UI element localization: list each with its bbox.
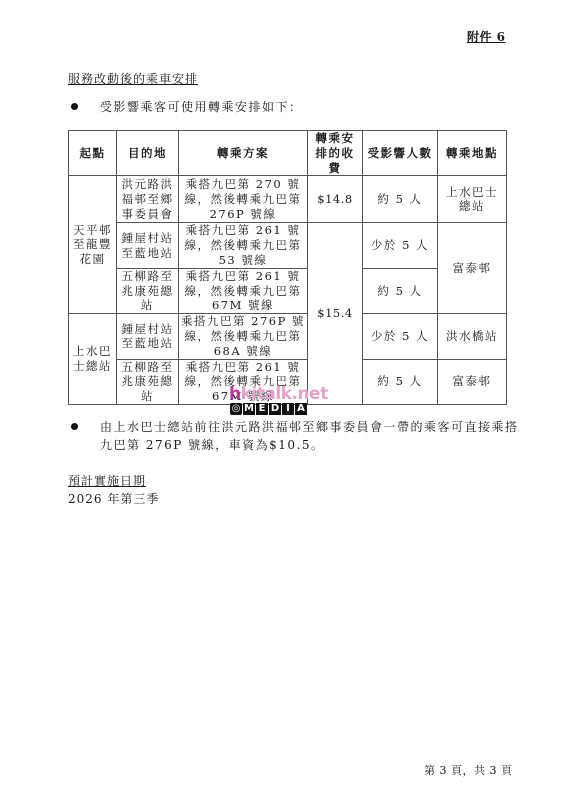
section-title: 服務改動後的乘車安排 [68, 70, 198, 87]
header-transfer-point: 轉乘地點 [438, 131, 507, 176]
plan-cell: 乘搭九巴第 261 號線，然後轉乘九巴第 67M 號線 [179, 268, 308, 313]
bullet-icon [71, 103, 78, 110]
affected-cell: 少於 5 人 [363, 314, 438, 359]
attachment-label: 附件 6 [467, 28, 506, 45]
table-row: 天平邨至龍豐花園 洪元路洪福邨至鄉事委員會 乘搭九巴第 270 號線，然後轉乘九… [69, 176, 507, 223]
page-number: 第 3 頁，共 3 頁 [424, 762, 512, 778]
transfer-point-cell: 上水巴士總站 [438, 176, 507, 223]
transfer-point-cell: 富泰邨 [438, 223, 507, 314]
destination-cell: 五柳路至兆康苑總站 [117, 268, 179, 313]
implementation-date-title: 預計實施日期 [68, 472, 146, 489]
fee-cell: $15.4 [308, 223, 363, 405]
transfer-point-cell: 洪水橋站 [438, 314, 507, 359]
implementation-date-value: 2026 年第三季 [68, 490, 159, 507]
camera-icon: ◎ [230, 403, 242, 415]
header-plan: 轉乘方案 [179, 131, 308, 176]
watermark-logo: hkitalk.net ◎ M E D I A [229, 386, 339, 418]
plan-cell: 乘搭九巴第 261 號線，然後轉乘九巴第 53 號線 [179, 223, 308, 268]
watermark-text: hkitalk.net [229, 386, 328, 403]
header-destination: 目的地 [117, 131, 179, 176]
transfer-point-cell: 富泰邨 [438, 359, 507, 404]
header-affected: 受影響人數 [363, 131, 438, 176]
origin-cell: 天平邨至龍豐花園 [69, 176, 117, 314]
header-fee: 轉乘安排的收費 [308, 131, 363, 176]
table-row: 鍾屋村站至藍地站 乘搭九巴第 261 號線，然後轉乘九巴第 53 號線 $15.… [69, 223, 507, 268]
plan-cell: 乘搭九巴第 276P 號線，然後轉乘九巴第 68A 號線 [179, 314, 308, 359]
header-origin: 起點 [69, 131, 117, 176]
destination-cell: 五柳路至兆康苑總站 [117, 359, 179, 404]
table-header-row: 起點 目的地 轉乘方案 轉乘安排的收費 受影響人數 轉乘地點 [69, 131, 507, 176]
direct-route-text: 由上水巴士總站前往洪元路洪福邨至鄉事委員會一帶的乘客可直接乘搭九巴第 276P … [100, 418, 521, 454]
affected-cell: 約 5 人 [363, 176, 438, 223]
affected-cell: 約 5 人 [363, 359, 438, 404]
watermark-media-badge: ◎ M E D I A [230, 403, 307, 415]
fee-cell: $14.8 [308, 176, 363, 223]
intro-bullet: 受影響乘客可使用轉乘安排如下： [71, 98, 303, 115]
affected-cell: 約 5 人 [363, 268, 438, 313]
origin-cell: 上水巴士總站 [69, 314, 117, 405]
affected-cell: 少於 5 人 [363, 223, 438, 268]
bullet-icon [71, 423, 78, 430]
table-row: 上水巴士總站 鍾屋村站至藍地站 乘搭九巴第 276P 號線，然後轉乘九巴第 68… [69, 314, 507, 359]
transfer-arrangement-table: 起點 目的地 轉乘方案 轉乘安排的收費 受影響人數 轉乘地點 天平邨至龍豐花園 … [68, 130, 507, 405]
plan-cell: 乘搭九巴第 270 號線，然後轉乘九巴第 276P 號線 [179, 176, 308, 223]
destination-cell: 鍾屋村站至藍地站 [117, 223, 179, 268]
destination-cell: 鍾屋村站至藍地站 [117, 314, 179, 359]
intro-bullet-text: 受影響乘客可使用轉乘安排如下： [100, 98, 303, 115]
destination-cell: 洪元路洪福邨至鄉事委員會 [117, 176, 179, 223]
direct-route-bullet: 由上水巴士總站前往洪元路洪福邨至鄉事委員會一帶的乘客可直接乘搭九巴第 276P … [71, 418, 521, 454]
